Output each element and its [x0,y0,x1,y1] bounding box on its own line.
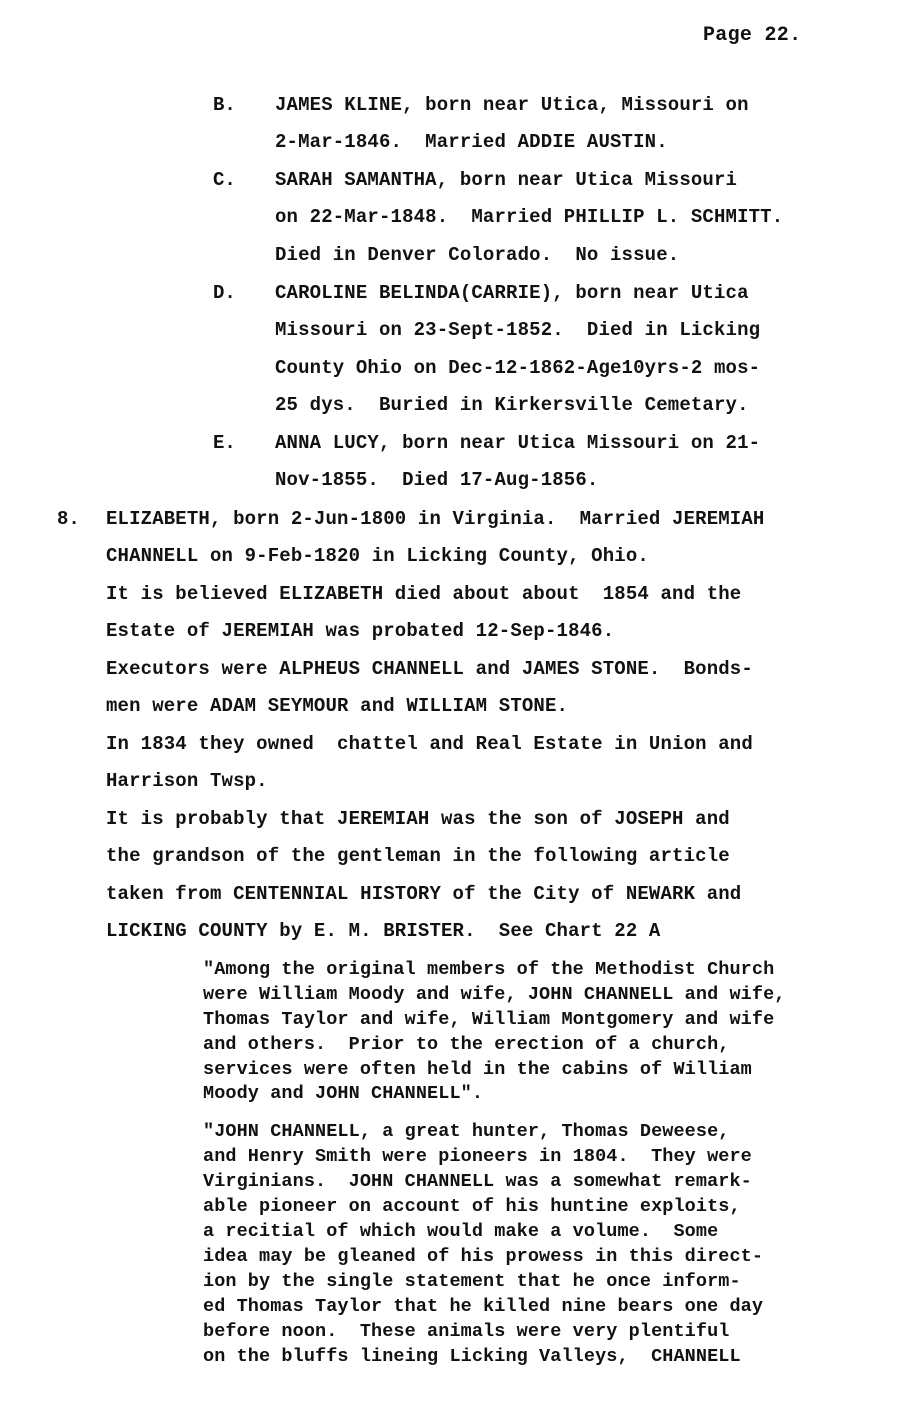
list-marker-e: E. [213,431,236,455]
page-number: Page 22. [703,24,801,47]
quote-2-line-4: able pioneer on account of his huntine e… [203,1196,741,1218]
list-item-d-line-2: Missouri on 23-Sept-1852. Died in Lickin… [275,318,760,342]
list-item-b-line-1: JAMES KLINE, born near Utica, Missouri o… [275,93,749,117]
quote-1-line-3: Thomas Taylor and wife, William Montgome… [203,1009,774,1031]
quote-2-line-3: Virginians. JOHN CHANNELL was a somewhat… [203,1171,752,1193]
list-item-c-line-3: Died in Denver Colorado. No issue. [275,243,679,267]
list-marker-c: C. [213,168,236,192]
entry-8-marker: 8. [57,507,80,531]
entry-8-line-5: Executors were ALPHEUS CHANNELL and JAME… [106,657,753,681]
list-marker-d: D. [213,281,236,305]
list-item-d-line-1: CAROLINE BELINDA(CARRIE), born near Utic… [275,281,749,305]
entry-8-line-11: taken from CENTENNIAL HISTORY of the Cit… [106,882,741,906]
entry-8-line-2: CHANNELL on 9-Feb-1820 in Licking County… [106,544,649,568]
entry-8-line-1: ELIZABETH, born 2-Jun-1800 in Virginia. … [106,507,764,531]
quote-2-line-7: ion by the single statement that he once… [203,1271,741,1293]
entry-8-line-9: It is probably that JEREMIAH was the son… [106,807,730,831]
list-item-e-line-1: ANNA LUCY, born near Utica Missouri on 2… [275,431,760,455]
list-item-b-line-2: 2-Mar-1846. Married ADDIE AUSTIN. [275,130,668,154]
quote-2-line-2: and Henry Smith were pioneers in 1804. T… [203,1146,752,1168]
quote-2-line-6: idea may be gleaned of his prowess in th… [203,1246,763,1268]
entry-8-line-10: the grandson of the gentleman in the fol… [106,844,730,868]
quote-2-line-5: a recitial of which would make a volume.… [203,1221,718,1243]
entry-8-line-3: It is believed ELIZABETH died about abou… [106,582,741,606]
entry-8-line-6: men were ADAM SEYMOUR and WILLIAM STONE. [106,694,568,718]
quote-1-line-5: services were often held in the cabins o… [203,1059,752,1081]
entry-8-line-4: Estate of JEREMIAH was probated 12-Sep-1… [106,619,614,643]
list-item-e-line-2: Nov-1855. Died 17-Aug-1856. [275,468,598,492]
list-item-c-line-2: on 22-Mar-1848. Married PHILLIP L. SCHMI… [275,205,783,229]
quote-2-line-10: on the bluffs lineing Licking Valleys, C… [203,1346,741,1368]
quote-2-line-9: before noon. These animals were very ple… [203,1321,730,1343]
quote-1-line-2: were William Moody and wife, JOHN CHANNE… [203,984,786,1006]
list-marker-b: B. [213,93,236,117]
quote-2-line-8: ed Thomas Taylor that he killed nine bea… [203,1296,763,1318]
quote-1-line-1: "Among the original members of the Metho… [203,959,774,981]
list-item-d-line-4: 25 dys. Buried in Kirkersville Cemetary. [275,393,749,417]
quote-2-line-1: "JOHN CHANNELL, a great hunter, Thomas D… [203,1121,730,1143]
quote-1-line-4: and others. Prior to the erection of a c… [203,1034,730,1056]
entry-8-line-8: Harrison Twsp. [106,769,268,793]
entry-8-line-12: LICKING COUNTY by E. M. BRISTER. See Cha… [106,919,661,943]
list-item-c-line-1: SARAH SAMANTHA, born near Utica Missouri [275,168,737,192]
entry-8-line-7: In 1834 they owned chattel and Real Esta… [106,732,753,756]
list-item-d-line-3: County Ohio on Dec-12-1862-Age10yrs-2 mo… [275,356,760,380]
quote-1-line-6: Moody and JOHN CHANNELL". [203,1083,483,1105]
